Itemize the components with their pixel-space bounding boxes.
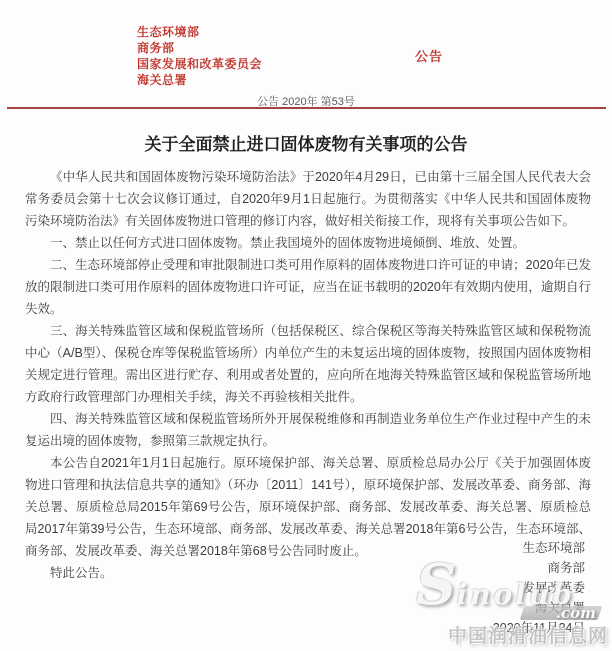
header-divider (7, 107, 606, 109)
document-body: 《中华人民共和国固体废物污染环境防治法》于2020年4月29日，已由第十三届全国… (25, 166, 591, 584)
signature-block: 生态环境部 商务部 发展改革委 海关总署 2020年11月24日 (493, 538, 585, 638)
body-paragraph-intro: 《中华人民共和国固体废物污染环境防治法》于2020年4月29日，已由第十三届全国… (25, 166, 591, 232)
signature-agency: 商务部 (493, 558, 585, 578)
body-paragraph-item-2: 二、生态环境部停止受理和审批限制进口类可用作原料的固体废物进口许可证的申请；20… (25, 254, 591, 320)
issuing-agencies: 生态环境部 商务部 国家发展和改革委员会 海关总署 (137, 24, 262, 88)
issuing-agency: 国家发展和改革委员会 (137, 56, 262, 72)
body-paragraph-item-3: 三、海关特殊监管区域和保税监管场所（包括保税区、综合保税区等海关特殊监管区域和保… (25, 320, 591, 408)
announcement-document: 生态环境部 商务部 国家发展和改革委员会 海关总署 公告 公告 2020年 第5… (0, 0, 612, 651)
issuing-agency: 海关总署 (137, 72, 262, 88)
issuing-agency: 商务部 (137, 40, 262, 56)
document-title: 关于全面禁止进口固体废物有关事项的公告 (0, 130, 612, 155)
signature-agency: 生态环境部 (493, 538, 585, 558)
signature-agency: 发展改革委 (493, 578, 585, 598)
signature-date: 2020年11月24日 (493, 618, 585, 638)
issuing-agency: 生态环境部 (137, 24, 262, 40)
notice-type-label: 公告 (415, 46, 443, 65)
signature-agency: 海关总署 (493, 598, 585, 618)
body-paragraph-item-1: 一、禁止以任何方式进口固体废物。禁止我国境外的固体废物进境倾倒、堆放、处置。 (25, 232, 591, 254)
body-paragraph-item-4: 四、海关特殊监管区域和保税监管场所外开展保税维修和再制造业务单位生产作业过程中产… (25, 408, 591, 452)
